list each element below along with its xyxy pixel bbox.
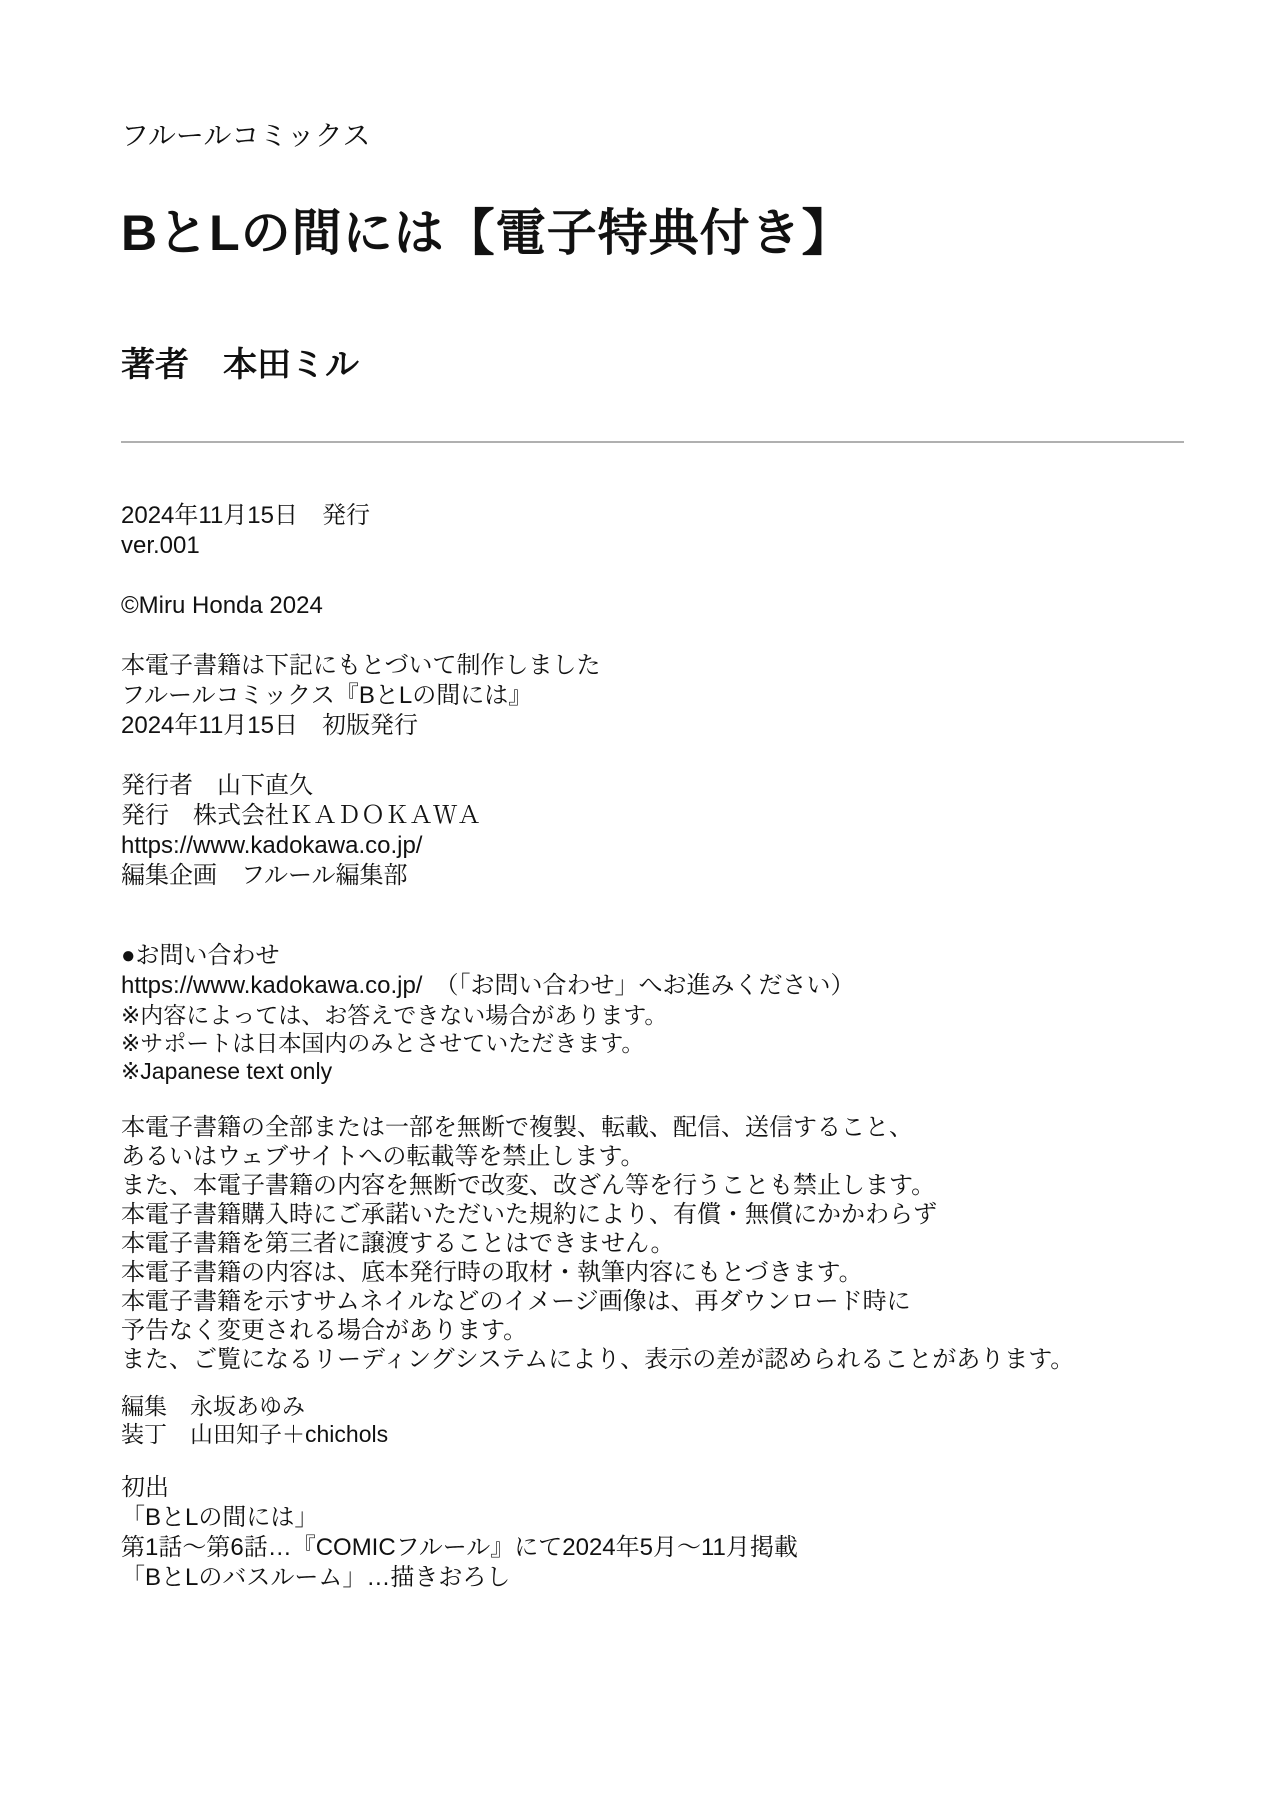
publisher-company-line: 発行 株式会社ＫＡＤＯＫＡＷＡ [121,801,1184,831]
contact-note-line: ※サポートは日本国内のみとさせていただきます。 [121,1029,1184,1057]
first-publication-heading: 初出 [121,1473,1184,1503]
contact-block: ●お問い合わせ https://www.kadokawa.co.jp/ （「お問… [121,941,1184,1085]
legal-block: 本電子書籍の全部または一部を無断で複製、転載、配信、送信すること、 あるいはウェ… [121,1113,1184,1374]
editor-line: 編集 永坂あゆみ [121,1392,1184,1420]
publisher-person-line: 発行者 山下直久 [121,771,1184,801]
legal-line: また、本電子書籍の内容を無断で改変、改ざん等を行うことも禁止します。 [121,1171,1184,1200]
staff-block: 編集 永坂あゆみ 装丁 山田知子＋chichols [121,1392,1184,1448]
colophon-page: フルールコミックス BとLの間には【電子特典付き】 著者 本田ミル 2024年1… [0,0,1280,1820]
legal-line: 本電子書籍の全部または一部を無断で複製、転載、配信、送信すること、 [121,1113,1184,1142]
legal-line: また、ご覧になるリーディングシステムにより、表示の差が認められることがあります。 [121,1345,1184,1374]
author-line: 著者 本田ミル [121,345,1184,385]
issue-date-line: 2024年11月15日 発行 [121,501,1184,531]
imprint-label: フルールコミックス [121,121,1184,151]
colophon-body: 2024年11月15日 発行 ver.001 ©Miru Honda 2024 … [121,501,1184,1593]
legal-line: あるいはウェブサイトへの転載等を禁止します。 [121,1142,1184,1171]
book-title: BとLの間には【電子特典付き】 [121,204,1184,262]
contact-url-line: https://www.kadokawa.co.jp/ （「お問い合わせ」へお進… [121,971,1184,1001]
source-note-line: 本電子書籍は下記にもとづいて制作しました [121,651,1184,681]
first-publication-title-line: 「BとLの間には」 [121,1503,1184,1533]
source-date-line: 2024年11月15日 初版発行 [121,711,1184,741]
source-edition-block: 本電子書籍は下記にもとづいて制作しました フルールコミックス『BとLの間には』 … [121,651,1184,741]
version-line: ver.001 [121,531,1184,561]
source-title-line: フルールコミックス『BとLの間には』 [121,681,1184,711]
first-publication-extra-line: 「BとLのバスルーム」…描きおろし [121,1563,1184,1593]
publisher-block: 発行者 山下直久 発行 株式会社ＫＡＤＯＫＡＷＡ https://www.kad… [121,771,1184,891]
designer-line: 装丁 山田知子＋chichols [121,1420,1184,1448]
section-divider [121,441,1184,443]
legal-line: 予告なく変更される場合があります。 [121,1316,1184,1345]
legal-line: 本電子書籍を第三者に譲渡することはできません。 [121,1229,1184,1258]
legal-line: 本電子書籍の内容は、底本発行時の取材・執筆内容にもとづきます。 [121,1258,1184,1287]
copyright-line: ©Miru Honda 2024 [121,591,1184,621]
issue-block: 2024年11月15日 発行 ver.001 [121,501,1184,561]
editorial-planning-line: 編集企画 フルール編集部 [121,861,1184,891]
first-publication-block: 初出 「BとLの間には」 第1話～第6話…『COMICフルール』にて2024年5… [121,1473,1184,1593]
first-publication-serial-line: 第1話～第6話…『COMICフルール』にて2024年5月～11月掲載 [121,1533,1184,1563]
contact-note-line: ※内容によっては、お答えできない場合があります。 [121,1001,1184,1029]
legal-line: 本電子書籍購入時にご承諾いただいた規約により、有償・無償にかかわらず [121,1200,1184,1229]
copyright-block: ©Miru Honda 2024 [121,591,1184,621]
contact-heading: ●お問い合わせ [121,941,1184,971]
legal-line: 本電子書籍を示すサムネイルなどのイメージ画像は、再ダウンロード時に [121,1287,1184,1316]
contact-note-line: ※Japanese text only [121,1057,1184,1085]
publisher-url-line: https://www.kadokawa.co.jp/ [121,831,1184,861]
